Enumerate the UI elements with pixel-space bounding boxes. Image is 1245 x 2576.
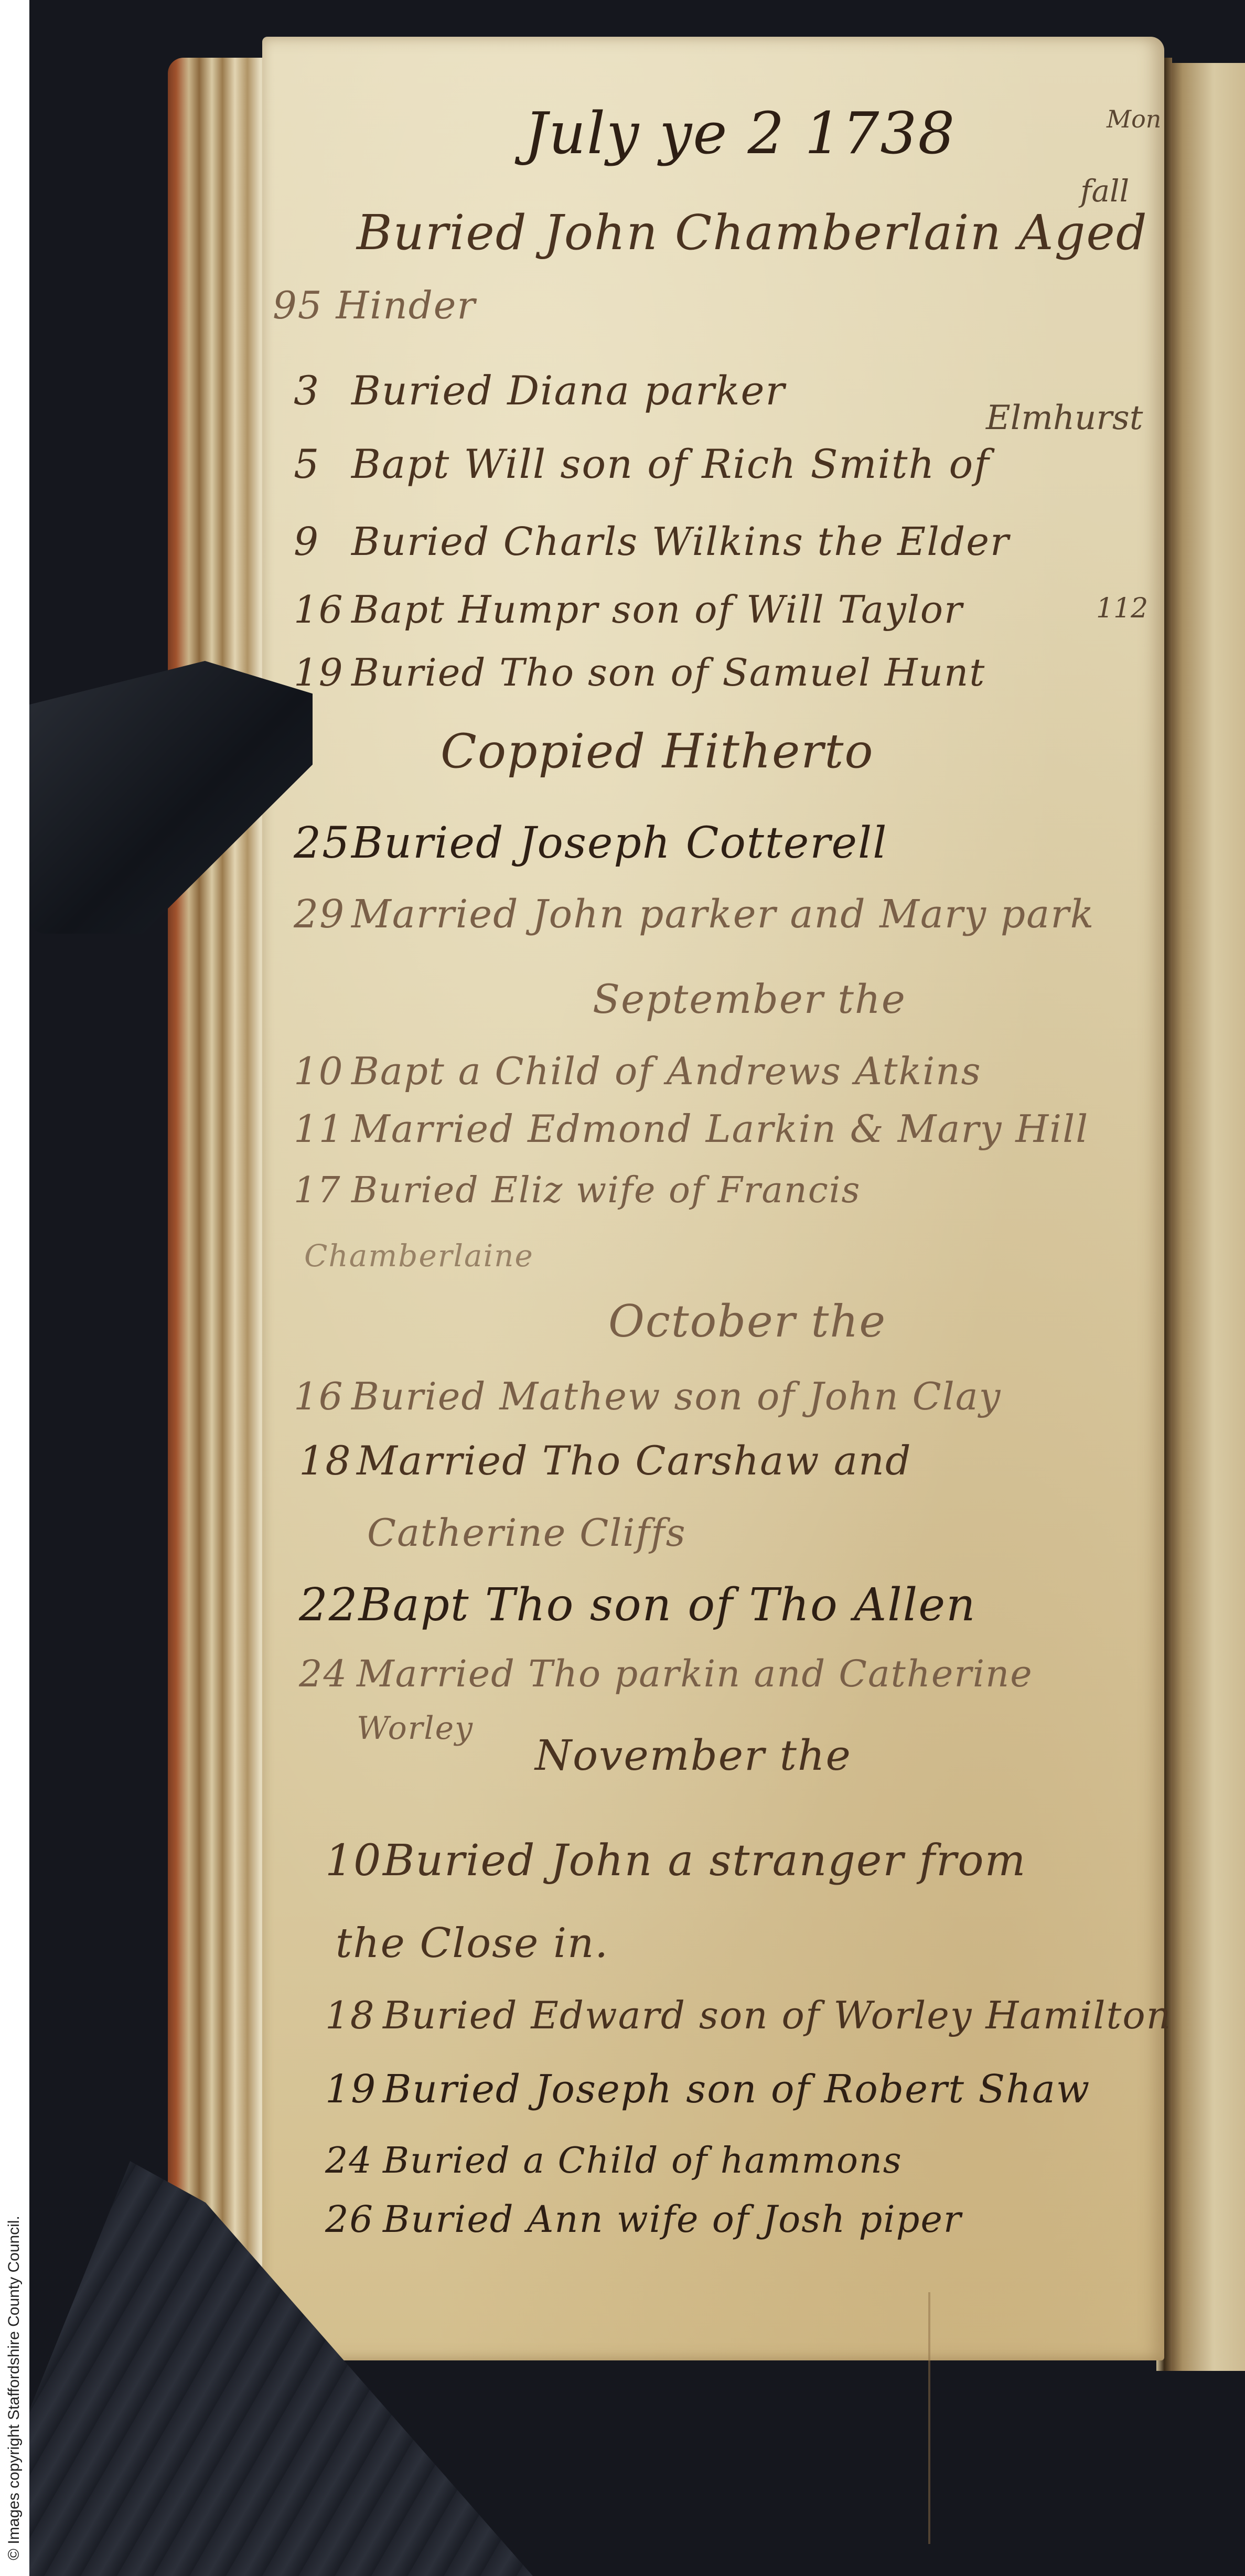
entry-nov-5: 26Buried Ann wife of Josh piper [325,2198,962,2241]
entry-text: Married Edmond Larkin & Mary Hill [351,1107,1089,1151]
month-heading-november: November the [535,1731,852,1780]
entry-july-0: Buried John Chamberlain Aged [299,205,1148,261]
page-stack-edges [168,58,273,2308]
entry-oct-2: Catherine Cliffs [367,1511,686,1555]
margin-note-mon: Mon [1107,105,1161,133]
entry-day: 16 [294,1374,351,1418]
entry-sep-2: 17Buried Eliz wife of Francis [294,1170,861,1211]
entry-oct-0: 16Buried Mathew son of John Clay [294,1374,1001,1418]
entry-sep-1: 11Married Edmond Larkin & Mary Hill [294,1107,1089,1151]
entry-nov-2: 18Buried Edward son of Worley Hamilton [325,1993,1172,2037]
entry-day: 9 [294,519,351,564]
entry-july-4: 9Buried Charls Wilkins the Elder [294,519,1010,564]
margin-note-number: 112 [1096,593,1148,624]
entry-day: 16 [294,587,351,632]
entry-day: 18 [299,1437,357,1484]
entry-nov-3: 19Buried Joseph son of Robert Shaw [325,2067,1090,2112]
entry-text: Buried Diana parker [351,367,786,414]
entry-day: 26 [325,2198,383,2241]
entry-day: 24 [299,1652,357,1695]
entry-day: 10 [325,1836,383,1886]
copyright-strip: © Images copyright Staffordshire County … [0,0,29,2576]
entry-nov-4: 24Buried a Child of hammons [325,2140,903,2182]
entry-day: 24 [325,2140,383,2182]
entry-text: Coppied Hitherto [441,724,874,779]
copyright-notice: © Images copyright Staffordshire County … [5,2216,23,2560]
entry-nov-0: 10Buried John a stranger from [325,1836,1026,1886]
entry-day: 3 [294,367,351,414]
entry-day: 5 [294,441,351,487]
facing-page [1167,63,1245,2371]
entry-day: 22 [299,1579,358,1631]
entry-july-2: 3Buried Diana parker [294,367,786,414]
entry-text: Catherine Cliffs [367,1511,686,1555]
entry-text: Buried Mathew son of John Clay [351,1374,1001,1418]
margin-note-elmhurst: Elmhurst [986,399,1143,437]
entry-day: 19 [294,650,351,694]
entry-sep-0: 10Bapt a Child of Andrews Atkins [294,1049,982,1093]
entry-text: Bapt Humpr son of Will Taylor [351,587,963,632]
page-tear [928,2292,930,2544]
entry-day: 10 [294,1049,351,1093]
entry-text: Buried Joseph Cotterell [351,818,888,868]
entry-oct-4: 24Married Tho parkin and Catherine [299,1652,1033,1695]
entry-july-9: 29Married John parker and Mary park [294,892,1094,937]
entry-oct-1: 18Married Tho Carshaw and [299,1437,912,1484]
entry-text: Chamberlaine [304,1238,534,1274]
page-heading: July ye 2 1738 [524,100,956,167]
entry-copied-hitherto: Coppied Hitherto [441,724,874,779]
entry-text: Buried Tho son of Samuel Hunt [351,650,985,694]
entry-nov-1: the Close in. [336,1920,609,1967]
entry-day: 19 [325,2067,383,2112]
margin-note-fall: fall [1080,173,1129,209]
entry-july-1: 95 Hinder [273,283,476,327]
entry-text: 95 Hinder [273,283,476,327]
entry-text: Buried Charls Wilkins the Elder [351,519,1010,564]
entry-day: 11 [294,1107,351,1151]
entry-july-3: 5Bapt Will son of Rich Smith of [294,441,990,487]
entry-text: Married Tho Carshaw and [357,1437,912,1484]
entry-text: Buried Joseph son of Robert Shaw [383,2067,1090,2112]
month-heading-october: October the [608,1296,886,1347]
entry-text: Buried Edward son of Worley Hamilton [383,1993,1172,2037]
entry-text: the Close in. [336,1920,609,1967]
month-heading-september: September the [593,976,906,1022]
entry-text: Married John parker and Mary park [351,892,1094,937]
entry-text: Bapt Tho son of Tho Allen [358,1579,976,1631]
entry-text: Buried Ann wife of Josh piper [383,2198,962,2241]
entry-day: 18 [325,1993,383,2037]
entry-sep-3: Chamberlaine [304,1238,534,1274]
entry-day: 17 [294,1170,351,1211]
entry-text: Buried a Child of hammons [383,2140,903,2182]
entry-text: Bapt a Child of Andrews Atkins [351,1049,982,1093]
entry-text: Bapt Will son of Rich Smith of [351,441,990,487]
entry-text: Buried John Chamberlain Aged [357,205,1148,261]
entry-text: Worley [357,1710,474,1747]
entry-text: Married Tho parkin and Catherine [357,1652,1033,1695]
entry-text: Buried Eliz wife of Francis [351,1170,861,1211]
entry-text: Buried John a stranger from [383,1836,1026,1886]
entry-day: 25 [294,818,351,868]
entry-july-5: 16Bapt Humpr son of Will Taylor [294,587,963,632]
entry-july-6: 19Buried Tho son of Samuel Hunt [294,650,985,694]
entry-july-8: 25Buried Joseph Cotterell [294,818,888,868]
entry-day: 29 [294,892,351,937]
entry-oct-3: 22Bapt Tho son of Tho Allen [299,1579,976,1631]
entry-oct-5: Worley [357,1710,474,1747]
